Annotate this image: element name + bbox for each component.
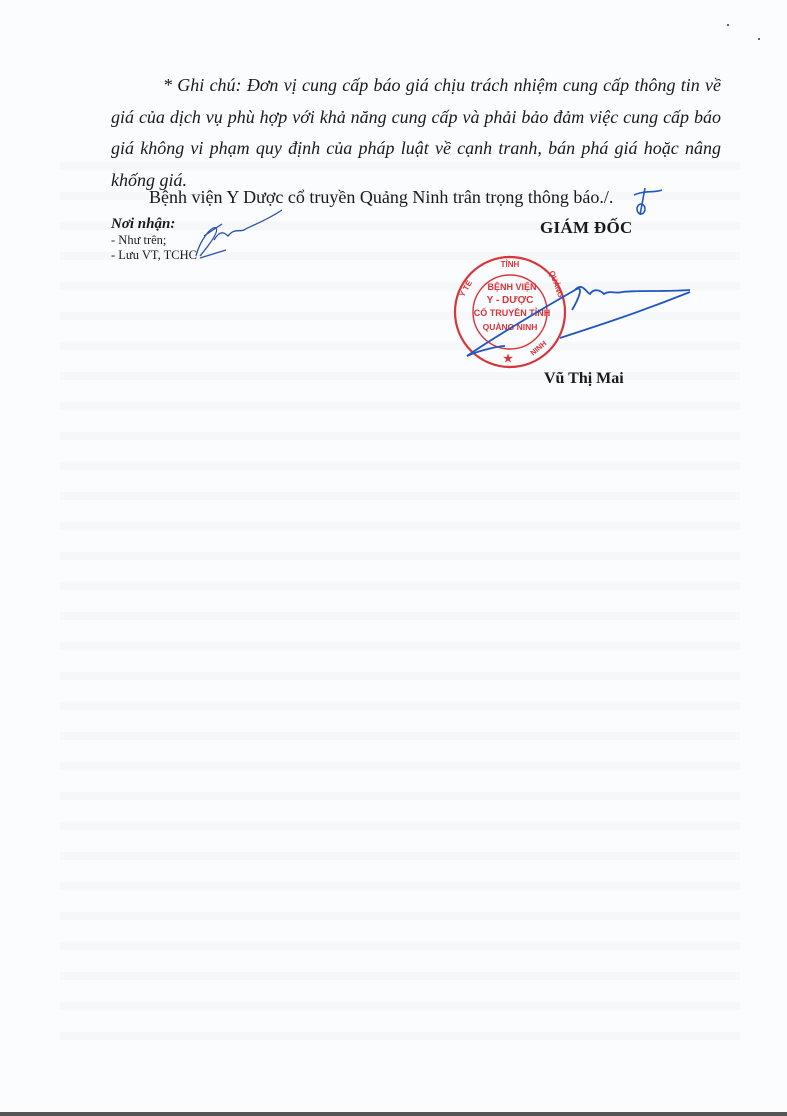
ink-overlay: TỈNH BỆNH VIỆN Y - DƯỢC CỔ TRUYỀN TỈNH Q… [0, 0, 787, 1116]
stamp-line-4: QUẢNG NINH [483, 321, 538, 332]
stamp-line-2: Y - DƯỢC [487, 295, 534, 306]
document-page: * Ghi chú: Đơn vị cung cấp báo giá chịu … [0, 0, 787, 1116]
stamp-line-1: BỆNH VIỆN [487, 281, 536, 292]
svg-text:★: ★ [503, 353, 513, 365]
initials-signature-icon [196, 210, 282, 258]
stamp-outer-top: TỈNH [501, 260, 520, 269]
initial-mark-icon [634, 188, 662, 215]
official-stamp-icon: TỈNH BỆNH VIỆN Y - DƯỢC CỔ TRUYỀN TỈNH Q… [455, 257, 565, 367]
scan-bottom-edge [0, 1112, 787, 1116]
stamp-outer-right: QUẢNG [547, 269, 565, 298]
stamp-line-3: CỔ TRUYỀN TỈNH [474, 307, 551, 318]
